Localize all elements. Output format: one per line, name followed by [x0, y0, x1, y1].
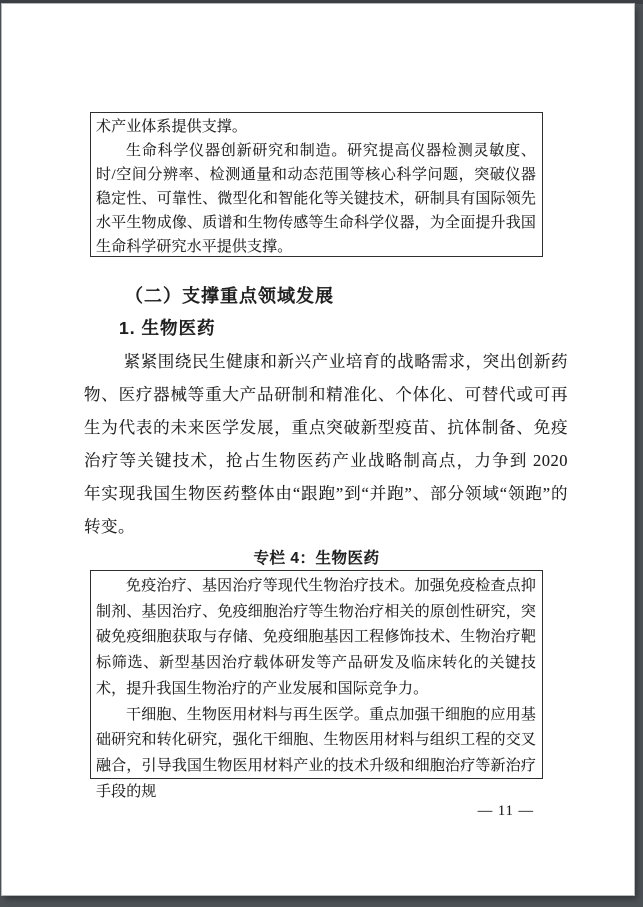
body-paragraph-biomedicine: 紧紧围绕民生健康和新兴产业培育的战略需求，突出创新药物、医疗器械等重大产品研制和…	[84, 345, 568, 543]
box1-paragraph-instruments: 生命科学仪器创新研究和制造。研究提高仪器检测灵敏度、时/空间分辨率、检测通量和动…	[91, 139, 542, 259]
subsection-heading: 1. 生物医药	[119, 315, 215, 340]
box1-paragraph-continuation: 术产业体系提供支撑。	[91, 113, 542, 139]
page-number: — 11 —	[478, 803, 534, 820]
pdf-viewer-background: 术产业体系提供支撑。 生命科学仪器创新研究和制造。研究提高仪器检测灵敏度、时/空…	[0, 0, 643, 907]
document-page: 术产业体系提供支撑。 生命科学仪器创新研究和制造。研究提高仪器检测灵敏度、时/空…	[2, 4, 634, 895]
section-heading: （二）支撑重点领域发展	[125, 282, 334, 308]
box2-paragraph-stemcells: 干细胞、生物医用材料与再生医学。重点加强干细胞的应用基础研究和转化研究，强化干细…	[91, 703, 542, 806]
column-box-caption: 专栏 4：生物医药	[90, 546, 543, 568]
continued-text-box: 术产业体系提供支撑。 生命科学仪器创新研究和制造。研究提高仪器检测灵敏度、时/空…	[90, 112, 543, 257]
box2-paragraph-biotherapy: 免疫治疗、基因治疗等现代生物治疗技术。加强免疫检查点抑制剂、基因治疗、免疫细胞治…	[91, 571, 542, 703]
column-box-biomedicine: 免疫治疗、基因治疗等现代生物治疗技术。加强免疫检查点抑制剂、基因治疗、免疫细胞治…	[90, 570, 543, 779]
